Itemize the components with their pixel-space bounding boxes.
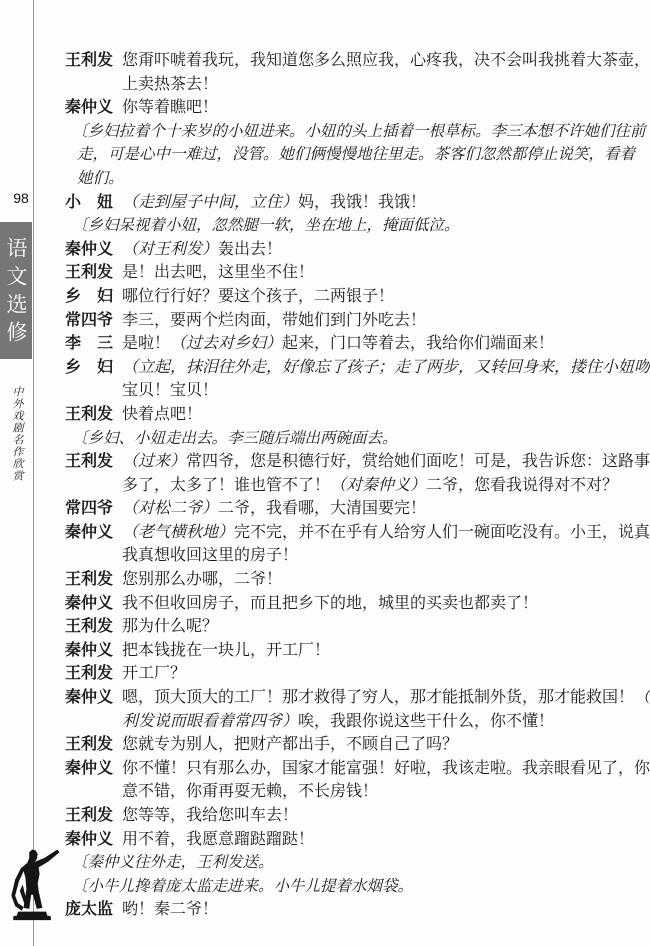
dialogue-text: 上卖热茶去！ bbox=[122, 76, 218, 93]
speaker-name: 王利发 bbox=[65, 615, 113, 639]
script-line-stage: 〔乡妇拉着个十来岁的小妞进来。小妞的头上插着一根草标。李三本想不许她们往前 bbox=[65, 120, 605, 144]
script-line: 乡 妇（立起，抹泪往外走，好像忘了孩子；走了两步，又转回身来，搂住小妞吻她） bbox=[65, 356, 605, 380]
script-line-cont: 上卖热茶去！ bbox=[65, 73, 605, 97]
script-line-stage: 〔乡妇呆视着小妞，忽然腿一软，坐在地上，掩面低泣。 bbox=[65, 214, 605, 238]
script-line: 王利发（过来）常四爷，您是积德行好，赏给她们面吃！可是，我告诉您：这路事儿太 bbox=[65, 450, 605, 474]
script-line: 王利发是！出去吧，这里坐不住！ bbox=[65, 261, 605, 285]
speaker-name: 常四爷 bbox=[65, 497, 113, 521]
dialogue-text: 常四爷，您是积德行好，赏给她们面吃！可是，我告诉您：这路事儿太 bbox=[186, 453, 650, 470]
speaker-name: 王利发 bbox=[65, 733, 113, 757]
script-line: 庞太监哟！秦二爷！ bbox=[65, 898, 605, 922]
script-line: 秦仲义我不但收回房子，而且把乡下的地，城里的买卖也都卖了！ bbox=[65, 592, 605, 616]
dialogue-text: 唉，我跟你说这些干什么，你不懂！ bbox=[298, 713, 554, 730]
script-line: 秦仲义（对王利发）轰出去！ bbox=[65, 238, 605, 262]
dialogue-text: 您就专为别人，把财产都出手，不顾自己了吗？ bbox=[122, 736, 458, 753]
dialogue-text: 我不但收回房子，而且把乡下的地，城里的买卖也都卖了！ bbox=[122, 595, 538, 612]
script-line-stagecont: 她们。 bbox=[65, 167, 605, 191]
dialogue-text: 宝贝！宝贝！ bbox=[122, 382, 218, 399]
stage-direction-text: （对王 bbox=[634, 689, 650, 706]
dialogue-text: 轰出去！ bbox=[218, 241, 282, 258]
script-line: 常四爷（对松二爷）二爷，我看哪，大清国要完！ bbox=[65, 497, 605, 521]
dialogue-text: 嗯，顶大顶大的工厂！那才救得了穷人，那才能抵制外货，那才能救国！ bbox=[122, 689, 634, 706]
speaker-name: 秦仲义 bbox=[65, 238, 113, 262]
speaker-name: 乡 妇 bbox=[65, 285, 113, 309]
speaker-name: 王利发 bbox=[65, 49, 113, 73]
script-line: 王利发您就专为别人，把财产都出手，不顾自己了吗？ bbox=[65, 733, 605, 757]
script-line-stage: 〔小牛儿搀着庞太监走进来。小牛儿提着水烟袋。 bbox=[65, 875, 605, 899]
dialogue-text: 开工厂？ bbox=[122, 665, 186, 682]
script-line-cont: 多了，太多了！谁也管不了！（对秦仲义）二爷，您看我说得对不对？ bbox=[65, 474, 605, 498]
script-line-cont: 宝贝！宝贝！ bbox=[65, 379, 605, 403]
stage-direction-text: （对秦仲义） bbox=[330, 477, 426, 494]
script-line: 王利发您别那么办哪，二爷！ bbox=[65, 568, 605, 592]
script-line: 王利发那为什么呢？ bbox=[65, 615, 605, 639]
script-line: 秦仲义把本钱拢在一块儿，开工厂！ bbox=[65, 639, 605, 663]
dialogue-text: 完不完，并不在乎有人给穷人们一碗面吃没有。小王，说真的， bbox=[234, 524, 650, 541]
speaker-name: 王利发 bbox=[65, 662, 113, 686]
script-body: 王利发您甭吓唬着我玩，我知道您多么照应我，心疼我，决不会叫我挑着大茶壶，到街上卖… bbox=[65, 49, 605, 922]
speaker-name: 秦仲义 bbox=[65, 828, 113, 852]
script-line: 王利发开工厂？ bbox=[65, 662, 605, 686]
stage-direction-text: 〔乡妇、小妞走出去。李三随后端出两碗面去。 bbox=[72, 430, 398, 447]
script-line: 秦仲义用不着，我愿意蹓跶蹓跶！ bbox=[65, 828, 605, 852]
stage-direction-text: 〔小牛儿搀着庞太监走进来。小牛儿提着水烟袋。 bbox=[72, 878, 413, 895]
page-number: 98 bbox=[10, 190, 32, 206]
dialogue-text: 你等着瞧吧！ bbox=[122, 99, 218, 116]
dialogue-text: 那为什么呢？ bbox=[122, 618, 218, 635]
speaker-name: 王利发 bbox=[65, 450, 113, 474]
stage-direction-text: 〔乡妇呆视着小妞，忽然腿一软，坐在地上，掩面低泣。 bbox=[72, 217, 460, 234]
speaker-name: 秦仲义 bbox=[65, 592, 113, 616]
script-line: 王利发您甭吓唬着我玩，我知道您多么照应我，心疼我，决不会叫我挑着大茶壶，到街 bbox=[65, 49, 605, 73]
speaker-name: 小 妞 bbox=[65, 191, 113, 215]
speaker-name: 秦仲义 bbox=[65, 639, 113, 663]
dialogue-text: 意不错，你甭再耍无赖，不长房钱！ bbox=[122, 783, 378, 800]
dialogue-text: 我真想收回这里的房子！ bbox=[122, 547, 298, 564]
script-line: 乡 妇哪位行行好？要这个孩子，二两银子！ bbox=[65, 285, 605, 309]
speaker-name: 王利发 bbox=[65, 568, 113, 592]
stage-direction-text: （老气横秋地） bbox=[122, 524, 234, 541]
script-line: 秦仲义你等着瞧吧！ bbox=[65, 96, 605, 120]
dialogue-text: 哪位行行好？要这个孩子，二两银子！ bbox=[122, 288, 394, 305]
script-line: 秦仲义（老气横秋地）完不完，并不在乎有人给穷人们一碗面吃没有。小王，说真的， bbox=[65, 521, 605, 545]
dialogue-text: 二爷，我看哪，大清国要完！ bbox=[218, 500, 426, 517]
stage-direction-text: 走，可是心中一难过，没管。她们俩慢慢地往里走。茶客们忽然都停止说笑，看着 bbox=[77, 146, 635, 163]
stage-direction-text: 利发说而眼看着常四爷） bbox=[122, 713, 298, 730]
series-title-box: 语文选修 bbox=[0, 222, 32, 359]
stage-direction-text: （走到屋子中间，立住） bbox=[122, 194, 298, 211]
margin-rule bbox=[33, 0, 34, 946]
script-line-stage: 〔秦仲义往外走，王利发送。 bbox=[65, 851, 605, 875]
stage-direction-text: 〔秦仲义往外走，王利发送。 bbox=[72, 854, 274, 871]
dialogue-text: 妈，我饿！我饿！ bbox=[298, 194, 426, 211]
dialogue-text: 用不着，我愿意蹓跶蹓跶！ bbox=[122, 831, 314, 848]
stage-direction-text: 〔乡妇拉着个十来岁的小妞进来。小妞的头上插着一根草标。李三本想不许她们往前 bbox=[72, 123, 646, 140]
stage-direction-text: （立起，抹泪往外走，好像忘了孩子；走了两步，又转回身来，搂住小妞吻她） bbox=[122, 359, 650, 376]
dialogue-text: 二爷，您看我说得对不对？ bbox=[426, 477, 618, 494]
dialogue-text: 多了，太多了！谁也管不了！ bbox=[122, 477, 330, 494]
dialogue-text: 起来，门口等着去，我给你们端面来！ bbox=[282, 335, 554, 352]
script-line-stagecont: 走，可是心中一难过，没管。她们俩慢慢地往里走。茶客们忽然都停止说笑，看着 bbox=[65, 143, 605, 167]
speaker-name: 王利发 bbox=[65, 403, 113, 427]
script-line-stage: 〔乡妇、小妞走出去。李三随后端出两碗面去。 bbox=[65, 427, 605, 451]
script-line: 常四爷李三，要两个烂肉面，带她们到门外吃去！ bbox=[65, 309, 605, 333]
speaker-name: 庞太监 bbox=[65, 898, 113, 922]
dialogue-text: 您别那么办哪，二爷！ bbox=[122, 571, 282, 588]
speaker-name: 王利发 bbox=[65, 261, 113, 285]
script-line-cont: 利发说而眼看着常四爷）唉，我跟你说这些干什么，你不懂！ bbox=[65, 710, 605, 734]
speaker-name: 乡 妇 bbox=[65, 356, 113, 380]
script-line: 李 三是啦！（过去对乡妇）起来，门口等着去，我给你们端面来！ bbox=[65, 332, 605, 356]
speaker-name: 王利发 bbox=[65, 804, 113, 828]
stage-direction-text: （过来） bbox=[122, 453, 186, 470]
dialogue-text: 把本钱拢在一块儿，开工厂！ bbox=[122, 642, 330, 659]
stage-direction-text: 她们。 bbox=[77, 170, 124, 187]
dialogue-text: 是啦！ bbox=[122, 335, 170, 352]
speaker-name: 秦仲义 bbox=[65, 521, 113, 545]
speaker-name: 秦仲义 bbox=[65, 686, 113, 710]
stage-direction-text: （对松二爷） bbox=[122, 500, 218, 517]
speaker-name: 秦仲义 bbox=[65, 96, 113, 120]
series-title: 语文选修 bbox=[1, 237, 31, 349]
dialogue-text: 你不懂！只有那么办，国家才能富强！好啦，我该走啦。我亲眼看见了，你的生 bbox=[122, 760, 650, 777]
statue-icon bbox=[2, 842, 64, 922]
dialogue-text: 您等等，我给您叫车去！ bbox=[122, 807, 298, 824]
series-subtitle: 中外戏剧名作欣赏 bbox=[9, 386, 25, 482]
script-line: 王利发您等等，我给您叫车去！ bbox=[65, 804, 605, 828]
script-line: 王利发快着点吧！ bbox=[65, 403, 605, 427]
script-line-cont: 我真想收回这里的房子！ bbox=[65, 544, 605, 568]
script-line-cont: 意不错，你甭再耍无赖，不长房钱！ bbox=[65, 780, 605, 804]
dialogue-text: 快着点吧！ bbox=[122, 406, 202, 423]
script-line: 小 妞（走到屋子中间，立住）妈，我饿！我饿！ bbox=[65, 191, 605, 215]
dialogue-text: 哟！秦二爷！ bbox=[122, 901, 218, 918]
dialogue-text: 李三，要两个烂肉面，带她们到门外吃去！ bbox=[122, 312, 426, 329]
script-line: 秦仲义你不懂！只有那么办，国家才能富强！好啦，我该走啦。我亲眼看见了，你的生 bbox=[65, 757, 605, 781]
speaker-name: 常四爷 bbox=[65, 309, 113, 333]
script-line: 秦仲义嗯，顶大顶大的工厂！那才救得了穷人，那才能抵制外货，那才能救国！（对王 bbox=[65, 686, 605, 710]
stage-direction-text: （对王利发） bbox=[122, 241, 218, 258]
dialogue-text: 您甭吓唬着我玩，我知道您多么照应我，心疼我，决不会叫我挑着大茶壶，到街 bbox=[122, 52, 650, 69]
speaker-name: 秦仲义 bbox=[65, 757, 113, 781]
dialogue-text: 是！出去吧，这里坐不住！ bbox=[122, 264, 314, 281]
speaker-name: 李 三 bbox=[65, 332, 113, 356]
stage-direction-text: （过去对乡妇） bbox=[170, 335, 282, 352]
